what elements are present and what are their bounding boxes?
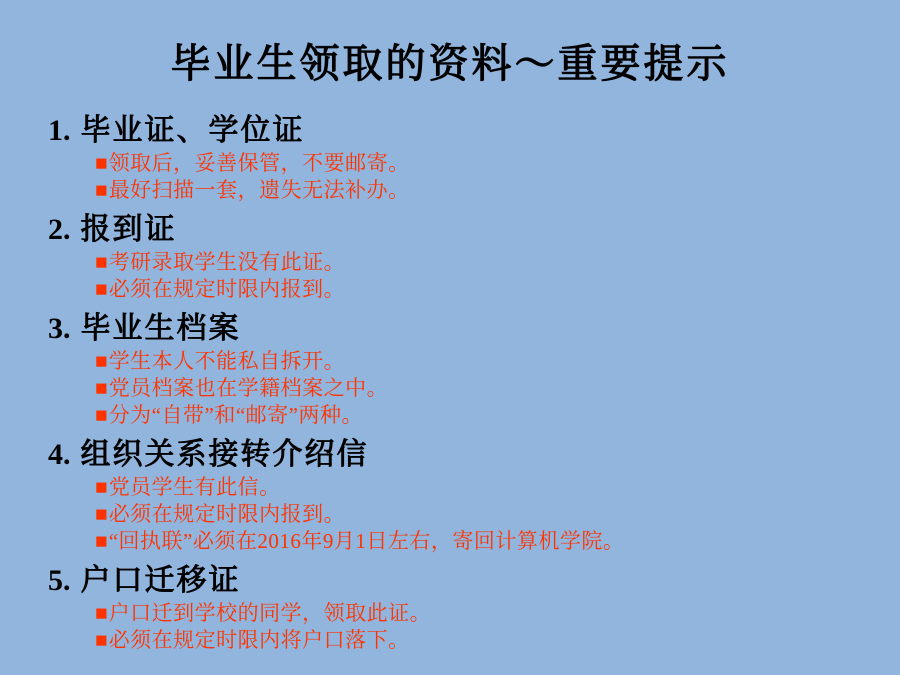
bullet-list: ■学生本人不能私自拆开。 ■党员档案也在学籍档案之中。 ■分为“自带”和“邮寄”…: [95, 348, 870, 429]
item-heading-text: 报到证: [81, 213, 177, 246]
bullet-line: ■领取后，妥善保管，不要邮寄。: [95, 150, 870, 177]
bullet-text: 党员学生有此信。: [109, 475, 281, 499]
square-bullet-icon: ■: [95, 177, 108, 204]
square-bullet-icon: ■: [95, 249, 108, 276]
square-bullet-icon: ■: [95, 501, 108, 528]
bullet-line: ■户口迁到学校的同学，领取此证。: [95, 600, 870, 627]
item-heading: 4.组织关系接转介绍信: [48, 438, 870, 472]
bullet-line: ■考研录取学生没有此证。: [95, 249, 870, 276]
list-item: 5.户口迁移证 ■户口迁到学校的同学，领取此证。 ■必须在规定时限内将户口落下。: [48, 564, 870, 654]
item-heading-text: 户口迁移证: [81, 564, 241, 597]
bullet-text: 最好扫描一套，遗失无法补办。: [109, 178, 410, 202]
bullet-text: 学生本人不能私自拆开。: [109, 349, 346, 373]
item-heading-text: 毕业证、学位证: [81, 114, 305, 147]
item-heading: 5.户口迁移证: [48, 564, 870, 598]
bullet-text: 党员档案也在学籍档案之中。: [109, 376, 389, 400]
square-bullet-icon: ■: [95, 348, 108, 375]
square-bullet-icon: ■: [95, 528, 108, 555]
bullet-text: 必须在规定时限内报到。: [109, 277, 346, 301]
item-heading-text: 毕业生档案: [81, 312, 241, 345]
presentation-slide: 毕业生领取的资料～重要提示 1.毕业证、学位证 ■领取后，妥善保管，不要邮寄。 …: [0, 0, 900, 675]
square-bullet-icon: ■: [95, 600, 108, 627]
bullet-text: “回执联”必须在2016年9月1日左右，寄回计算机学院。: [109, 529, 625, 553]
item-number: 2.: [48, 213, 71, 247]
bullet-text: 户口迁到学校的同学，领取此证。: [109, 601, 432, 625]
list-item: 1.毕业证、学位证 ■领取后，妥善保管，不要邮寄。 ■最好扫描一套，遗失无法补办…: [48, 114, 870, 204]
item-number: 3.: [48, 312, 71, 346]
slide-title: 毕业生领取的资料～重要提示: [0, 40, 900, 88]
item-heading: 2.报到证: [48, 213, 870, 247]
bullet-list: ■领取后，妥善保管，不要邮寄。 ■最好扫描一套，遗失无法补办。: [95, 150, 870, 204]
item-heading: 1.毕业证、学位证: [48, 114, 870, 148]
bullet-line: ■必须在规定时限内报到。: [95, 276, 870, 303]
list-item: 3.毕业生档案 ■学生本人不能私自拆开。 ■党员档案也在学籍档案之中。 ■分为“…: [48, 312, 870, 429]
square-bullet-icon: ■: [95, 402, 108, 429]
bullet-line: ■党员学生有此信。: [95, 474, 870, 501]
item-heading: 3.毕业生档案: [48, 312, 870, 346]
square-bullet-icon: ■: [95, 627, 108, 654]
bullet-line: ■学生本人不能私自拆开。: [95, 348, 870, 375]
item-number: 1.: [48, 114, 71, 148]
bullet-text: 分为“自带”和“邮寄”两种。: [109, 403, 363, 427]
items-list: 1.毕业证、学位证 ■领取后，妥善保管，不要邮寄。 ■最好扫描一套，遗失无法补办…: [0, 114, 900, 654]
bullet-line: ■必须在规定时限内将户口落下。: [95, 627, 870, 654]
list-item: 4.组织关系接转介绍信 ■党员学生有此信。 ■必须在规定时限内报到。 ■“回执联…: [48, 438, 870, 555]
bullet-list: ■户口迁到学校的同学，领取此证。 ■必须在规定时限内将户口落下。: [95, 600, 870, 654]
bullet-line: ■最好扫描一套，遗失无法补办。: [95, 177, 870, 204]
item-number: 5.: [48, 564, 71, 598]
bullet-line: ■必须在规定时限内报到。: [95, 501, 870, 528]
list-item: 2.报到证 ■考研录取学生没有此证。 ■必须在规定时限内报到。: [48, 213, 870, 303]
bullet-text: 领取后，妥善保管，不要邮寄。: [109, 151, 410, 175]
square-bullet-icon: ■: [95, 150, 108, 177]
square-bullet-icon: ■: [95, 375, 108, 402]
bullet-text: 考研录取学生没有此证。: [109, 250, 346, 274]
bullet-line: ■“回执联”必须在2016年9月1日左右，寄回计算机学院。: [95, 528, 870, 555]
item-heading-text: 组织关系接转介绍信: [81, 438, 369, 471]
bullet-list: ■党员学生有此信。 ■必须在规定时限内报到。 ■“回执联”必须在2016年9月1…: [95, 474, 870, 555]
bullet-line: ■分为“自带”和“邮寄”两种。: [95, 402, 870, 429]
bullet-text: 必须在规定时限内报到。: [109, 502, 346, 526]
item-number: 4.: [48, 438, 71, 472]
square-bullet-icon: ■: [95, 474, 108, 501]
bullet-line: ■党员档案也在学籍档案之中。: [95, 375, 870, 402]
bullet-list: ■考研录取学生没有此证。 ■必须在规定时限内报到。: [95, 249, 870, 303]
square-bullet-icon: ■: [95, 276, 108, 303]
bullet-text: 必须在规定时限内将户口落下。: [109, 628, 410, 652]
